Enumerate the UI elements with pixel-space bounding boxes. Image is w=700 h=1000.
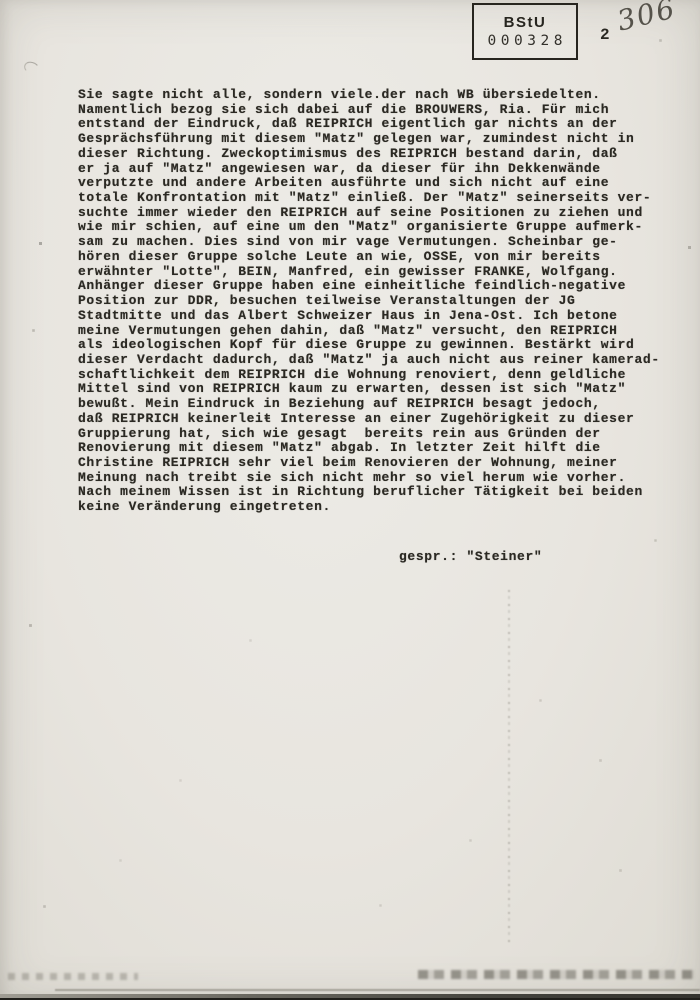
bottom-smudge-left — [8, 973, 138, 980]
scanned-document-page: BStU 000328 2 306 Sie sagte nicht alle, … — [0, 0, 700, 1000]
vertical-fold-crease — [508, 590, 510, 942]
stamp-agency-label: BStU — [504, 14, 547, 31]
bottom-smudge-right — [418, 970, 694, 979]
bottom-scan-line — [55, 989, 700, 991]
pencil-squiggle-mark — [23, 61, 40, 76]
typed-page-number: 2 — [600, 26, 610, 44]
signature-line: gespr.: "Steiner" — [399, 549, 542, 564]
stamp-serial-number: 000328 — [483, 33, 567, 49]
bstu-archive-stamp: BStU 000328 — [472, 3, 578, 60]
handwritten-page-number: 306 — [614, 0, 680, 38]
report-body-text: Sie sagte nicht alle, sondern viele.der … — [78, 88, 653, 515]
scan-edge-shadow — [0, 994, 700, 1000]
paper-specks — [0, 0, 1, 1]
